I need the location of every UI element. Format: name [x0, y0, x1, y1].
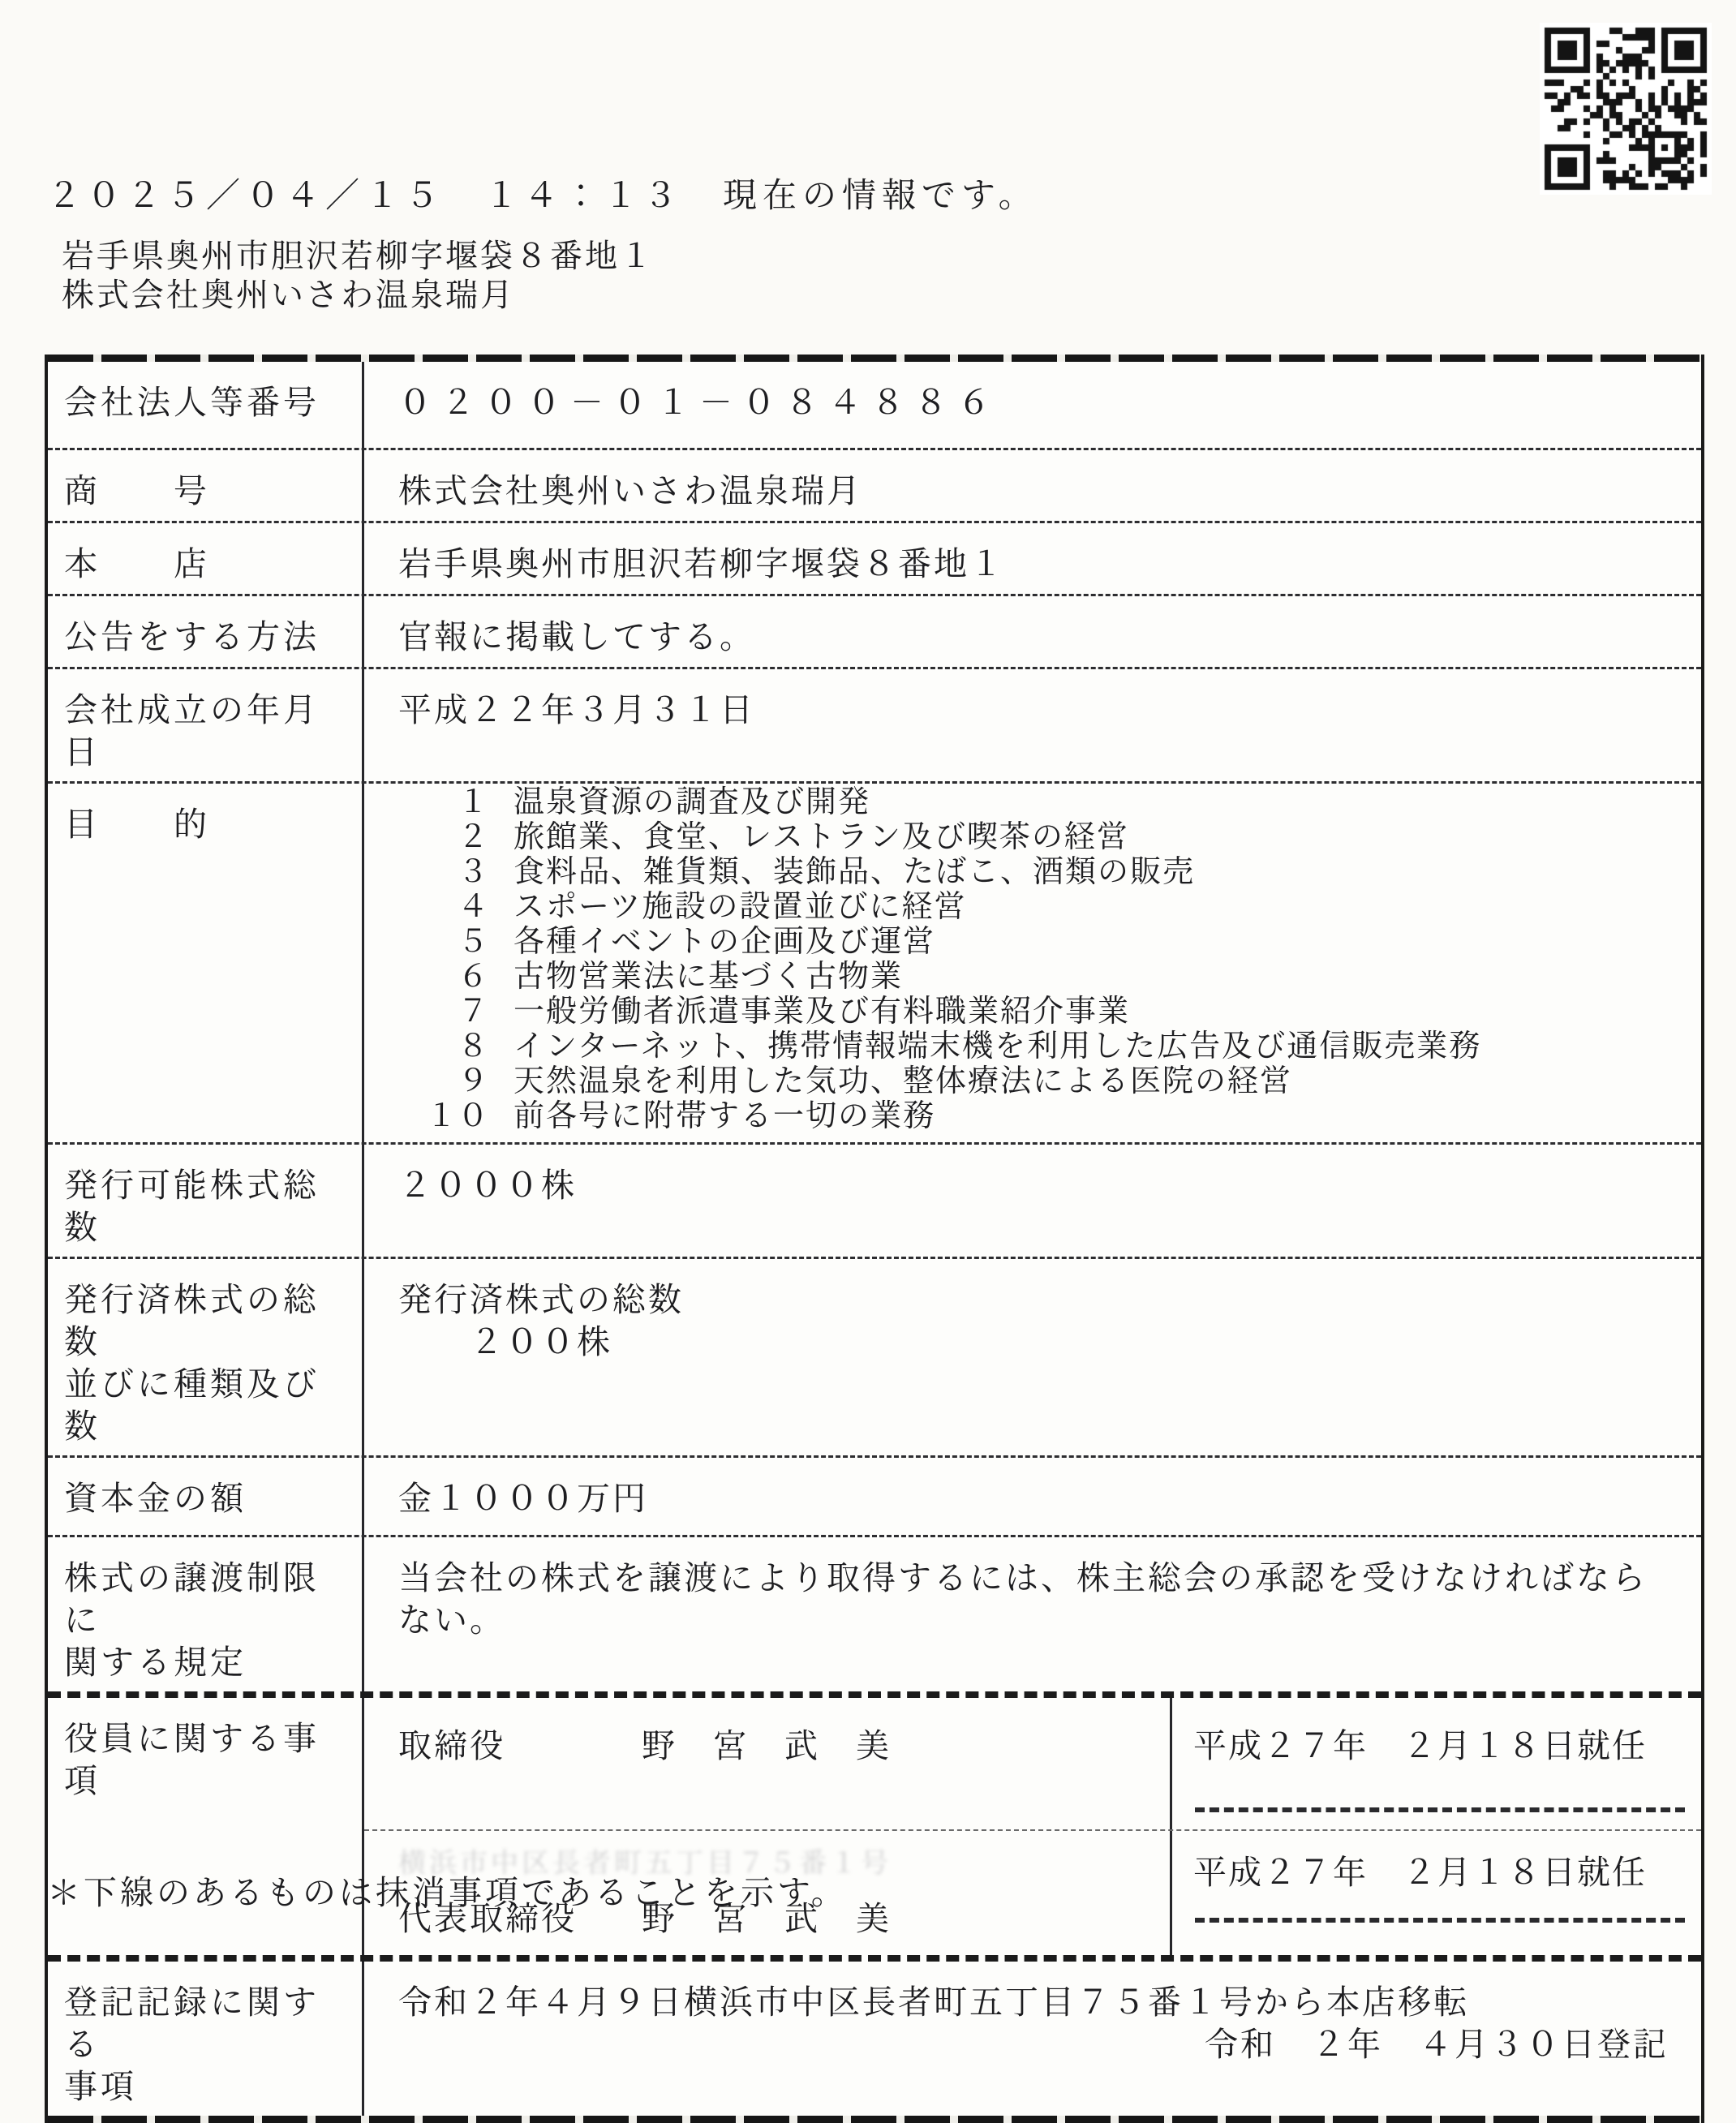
purpose-item-number: ９	[398, 1064, 489, 1099]
authorized-shares-label: 発行可能株式総数	[48, 1145, 364, 1257]
purpose-item: ３ 食料品、雑貨類、装飾品、たばこ、酒類の販売	[398, 855, 1690, 890]
head-office-value: 岩手県奥州市胆沢若柳字堰袋８番地１	[364, 523, 1701, 594]
purpose-item-number: ８	[398, 1029, 489, 1064]
purpose-item: ９ 天然温泉を利用した気功、整体療法による医院の経営	[398, 1064, 1690, 1099]
trade-name-label: 商 号	[48, 450, 364, 521]
purpose-label: 目 的	[48, 784, 364, 1142]
purpose-item-number: ６	[398, 960, 489, 995]
purpose-item: １０ 前各号に附帯する一切の業務	[398, 1099, 1690, 1134]
transfer-restriction-label: 株式の譲渡制限に 関する規定	[48, 1537, 364, 1691]
capital-label: 資本金の額	[48, 1458, 364, 1535]
registry-record-label: 登記記録に関する 事項	[48, 1962, 364, 2116]
purpose-item: ４ スポーツ施設の設置並びに経営	[398, 890, 1690, 925]
purpose-item-number: ５	[398, 925, 489, 960]
purpose-item-number: ３	[398, 855, 489, 890]
footnote: ＊下線のあるものは抹消事項であることを示す。	[47, 1866, 848, 1914]
officers-label: 役員に関する事項	[48, 1698, 364, 1955]
corporate-number-label: 会社法人等番号	[48, 362, 364, 448]
officer-director-name: 野 宮 武 美	[642, 1727, 892, 1764]
incorporation-date-label: 会社成立の年月日	[48, 669, 364, 781]
dashed-separator-line	[1195, 1918, 1685, 1923]
header-address-block: 岩手県奥州市胆沢若柳字堰袋８番地１ 株式会社奥州いさわ温泉瑞月	[62, 237, 655, 315]
timestamp-line: ２０２５／０４／１５ １４：１３ 現在の情報です。	[47, 169, 1038, 217]
purpose-item-text: スポーツ施設の設置並びに経営	[489, 890, 966, 925]
purpose-item-number: ２	[398, 820, 489, 855]
purpose-item-text: 前各号に附帯する一切の業務	[489, 1099, 935, 1134]
officer-director-date-cell: 平成２７年 ２月１８日就任	[1170, 1698, 1701, 1829]
purpose-item-text: 食料品、雑貨類、装飾品、たばこ、酒類の販売	[489, 855, 1195, 890]
authorized-shares-value: ２０００株	[364, 1145, 1701, 1257]
row-trade-name: 商 号 株式会社奥州いさわ温泉瑞月	[48, 448, 1701, 521]
head-office-label: 本 店	[48, 523, 364, 594]
purpose-item-number: ７	[398, 995, 489, 1029]
issued-shares-label: 発行済株式の総数 並びに種類及び数	[48, 1259, 364, 1455]
row-corporate-number: 会社法人等番号 ０２００－０１－０８４８８６	[48, 362, 1701, 448]
table-bottom-border	[48, 2116, 1701, 2123]
row-transfer-restriction: 株式の譲渡制限に 関する規定 当会社の株式を譲渡により取得するには、株主総会の承…	[48, 1535, 1701, 1691]
purpose-item: ６ 古物営業法に基づく古物業	[398, 960, 1690, 995]
row-officers: 役員に関する事項 取締役野 宮 武 美 平成２７年 ２月１８日就任 横浜市中区長…	[48, 1691, 1701, 1955]
issued-shares-value: 発行済株式の総数 ２００株	[364, 1259, 1701, 1455]
row-incorporation-date: 会社成立の年月日 平成２２年３月３１日	[48, 667, 1701, 781]
officer-entry-director: 取締役野 宮 武 美 平成２７年 ２月１８日就任	[364, 1698, 1701, 1829]
public-notice-label: 公告をする方法	[48, 596, 364, 667]
row-purpose: 目 的 １ 温泉資源の調査及び開発 ２ 旅館業、食堂、レストラン及び喫茶の経営 …	[48, 781, 1701, 1142]
purpose-item: ７ 一般労働者派遣事業及び有料職業紹介事業	[398, 995, 1690, 1029]
trade-name-value: 株式会社奥州いさわ温泉瑞月	[364, 450, 1701, 521]
officer-rep-date: 平成２７年 ２月１８日就任	[1193, 1846, 1690, 1893]
table-top-border	[48, 355, 1701, 362]
purpose-item-text: 旅館業、食堂、レストラン及び喫茶の経営	[489, 820, 1129, 855]
purpose-item-text: 各種イベントの企画及び運営	[489, 925, 935, 960]
purpose-list: １ 温泉資源の調査及び開発 ２ 旅館業、食堂、レストラン及び喫茶の経営 ３ 食料…	[364, 784, 1701, 1142]
purpose-item: ８ インターネット、携帯情報端末機を利用した広告及び通信販売業務	[398, 1029, 1690, 1064]
purpose-item-number: １０	[398, 1099, 489, 1134]
purpose-item-text: 一般労働者派遣事業及び有料職業紹介事業	[489, 995, 1130, 1029]
officer-director-date: 平成２７年 ２月１８日就任	[1193, 1719, 1690, 1767]
row-head-office: 本 店 岩手県奥州市胆沢若柳字堰袋８番地１	[48, 521, 1701, 594]
corporate-number-value: ０２００－０１－０８４８８６	[364, 362, 1701, 448]
purpose-item-text: 古物営業法に基づく古物業	[489, 960, 903, 995]
incorporation-date-value: 平成２２年３月３１日	[364, 669, 1701, 781]
officer-director-line: 取締役野 宮 武 美	[398, 1719, 1170, 1767]
row-registry-record: 登記記録に関する 事項 令和２年４月９日横浜市中区長者町五丁目７５番１号から本店…	[48, 1955, 1701, 2116]
officers-entries: 取締役野 宮 武 美 平成２７年 ２月１８日就任 横浜市中区長者町五丁目７５番１…	[364, 1698, 1701, 1955]
purpose-item: ５ 各種イベントの企画及び運営	[398, 925, 1690, 960]
transfer-restriction-value: 当会社の株式を譲渡により取得するには、株主総会の承認を受けなければなら ない。	[364, 1537, 1701, 1691]
purpose-item-number: ４	[398, 890, 489, 925]
officer-director-title: 取締役	[398, 1719, 642, 1767]
row-public-notice: 公告をする方法 官報に掲載してする。	[48, 594, 1701, 667]
row-capital: 資本金の額 金１０００万円	[48, 1455, 1701, 1535]
purpose-item-text: 温泉資源の調査及び開発	[489, 785, 870, 820]
officer-rep-date-cell: 平成２７年 ２月１８日就任	[1170, 1831, 1701, 1955]
purpose-item-number: １	[398, 785, 489, 820]
purpose-item-text: インターネット、携帯情報端末機を利用した広告及び通信販売業務	[489, 1029, 1481, 1064]
officer-director-main: 取締役野 宮 武 美	[364, 1698, 1170, 1829]
registry-record-line1: 令和２年４月９日横浜市中区長者町五丁目７５番１号から本店移転	[398, 1981, 1690, 2023]
row-issued-shares: 発行済株式の総数 並びに種類及び数 発行済株式の総数 ２００株	[48, 1257, 1701, 1455]
header-company-name: 株式会社奥州いさわ温泉瑞月	[62, 276, 655, 315]
purpose-item: ２ 旅館業、食堂、レストラン及び喫茶の経営	[398, 820, 1690, 855]
purpose-item: １ 温泉資源の調査及び開発	[398, 785, 1690, 820]
registry-record-value: 令和２年４月９日横浜市中区長者町五丁目７５番１号から本店移転 令和 ２年 ４月３…	[364, 1962, 1701, 2116]
dashed-separator-line	[1195, 1807, 1685, 1812]
header-address: 岩手県奥州市胆沢若柳字堰袋８番地１	[62, 237, 655, 276]
qr-code	[1540, 23, 1712, 195]
capital-value: 金１０００万円	[364, 1458, 1701, 1535]
purpose-item-text: 天然温泉を利用した気功、整体療法による医院の経営	[489, 1064, 1292, 1099]
registry-record-line2: 令和 ２年 ４月３０日登記	[398, 2023, 1690, 2065]
registry-table: 会社法人等番号 ０２００－０１－０８４８８６ 商 号 株式会社奥州いさわ温泉瑞月…	[45, 355, 1704, 2123]
row-authorized-shares: 発行可能株式総数 ２０００株	[48, 1142, 1701, 1257]
public-notice-value: 官報に掲載してする。	[364, 596, 1701, 667]
